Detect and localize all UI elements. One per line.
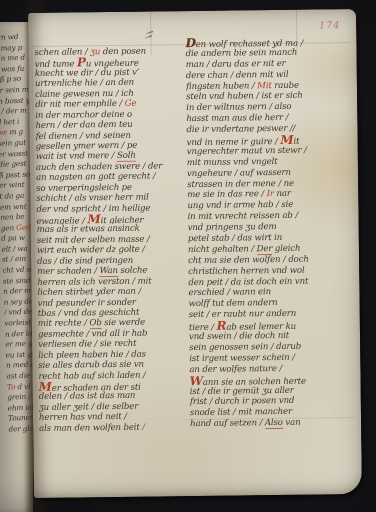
text-segment: sein gut <box>0 138 26 148</box>
manuscript-photo: ern wdg may pein me da wos fuuß p soer s… <box>0 0 376 512</box>
text-segment: claine gewesen nu / ich <box>35 88 134 99</box>
text-segment: vnd swein / die doch nit <box>189 331 289 342</box>
text-segment: vngerechter maut vn stewr / <box>187 146 307 157</box>
text-segment: wirt euch wider dz golte / <box>37 245 145 256</box>
text-segment: ung vnd ir arme hab / sie <box>187 200 293 211</box>
text-segment: ʒu <box>90 47 100 57</box>
text-segment: d pa w <box>1 233 25 243</box>
text-segment: die ir vndertane peswer // <box>186 124 295 135</box>
text-segment: den posen <box>100 47 146 58</box>
text-segment: / <box>140 422 145 432</box>
rubricated-initial: M <box>87 213 100 225</box>
text-segment: Ge <box>125 99 137 109</box>
text-segment: petel stab / das wirt in <box>188 233 282 244</box>
rubricated-initial: M <box>39 380 52 392</box>
text-segment: Mit <box>257 81 272 91</box>
text-segment: als man den wolfen beit <box>39 422 140 433</box>
text-segment: ern wd <box>0 32 18 42</box>
text-segment: mas als ir etwas ansinck <box>37 224 140 235</box>
text-segment: delen / das ist das man <box>39 391 136 402</box>
text-segment: lichen stirbet yder man / <box>37 287 141 298</box>
text-segment: in der marchor deine o <box>35 109 132 120</box>
text-segment: gen <box>1 223 17 233</box>
text-segment: mer schaden / <box>37 266 99 277</box>
text-segment: st / ein <box>2 254 26 264</box>
text-line: hand auf setzen / Also van <box>190 417 359 430</box>
rubricated-initial: W <box>189 374 202 387</box>
text-segment: an nagsten an gott gerecht / <box>36 172 156 183</box>
text-segment: sein genossen sein / darub <box>189 342 301 353</box>
text-column-left: schen allen / ʒu den posenvnd tume Pu vn… <box>34 46 190 434</box>
text-segment: er wint <box>0 180 25 190</box>
text-segment: mit munss vnd vngelt <box>187 157 278 168</box>
text-segment: wait ist vnd mere / <box>36 151 117 162</box>
text-segment: van <box>283 418 301 428</box>
text-segment: die gest <box>0 159 27 169</box>
text-segment: frist / durch ir posen vnd <box>190 396 295 407</box>
text-segment: vngeheure / auf wassern <box>187 168 291 179</box>
text-segment: hand auf setzen / <box>190 418 265 429</box>
text-segment: raube <box>272 80 299 90</box>
text-segment: cht ma sie den wolfen / doch <box>188 254 309 265</box>
text-segment: a wos fu <box>0 64 24 74</box>
text-column-right: Den wolf rechasset yd ma /die andern bie… <box>185 36 359 430</box>
text-segment: tbas / vnd das geschicht <box>38 308 140 319</box>
text-segment: hern / der dan dem teu <box>35 120 132 131</box>
text-segment: den peit / da ist doch ein vnt <box>188 276 308 287</box>
text-segment: seit / er raubt nur andern <box>189 309 296 320</box>
text-segment: dir nit mer emphile / <box>35 99 125 110</box>
text-segment: so vnerperingsleich pe <box>36 182 132 193</box>
text-segment: solche <box>118 266 148 276</box>
text-segment: fel dienen / vnd seinen <box>35 130 130 141</box>
text-segment: in mit vnrecht reissen ab / <box>187 211 298 222</box>
text-segment: Der <box>257 244 273 255</box>
text-segment: fingsten huben / <box>186 81 257 92</box>
text-segment: recht hab auf sich laden / <box>38 370 145 381</box>
text-segment: ein me d <box>0 53 25 63</box>
text-segment: snode list / mit mancher <box>190 407 292 418</box>
text-segment: Also <box>265 418 283 429</box>
text-segment: gleich <box>272 244 300 254</box>
text-segment: hasst man aus die herr / <box>186 113 288 124</box>
text-segment: t da ga <box>0 191 24 201</box>
text-segment: em wnt <box>0 201 27 211</box>
text-segment: tiere / <box>189 323 217 332</box>
text-segment: nen be <box>0 212 24 222</box>
text-segment: die andern bie sein manch <box>186 48 298 59</box>
text-segment: nicht gehalten / <box>188 244 257 255</box>
text-segment: me sie in das ree / <box>187 190 266 201</box>
text-segment: herren has vnd neit / <box>39 412 127 423</box>
text-segment: Ir <box>267 190 274 200</box>
text-segment: vnd pesunder ir sonder <box>38 297 136 308</box>
text-segment: g may p <box>0 42 22 52</box>
text-segment: das / die sind peringen <box>37 256 133 267</box>
text-segment: erschied / wann ein <box>188 288 271 299</box>
text-segment: d het i <box>0 117 19 127</box>
text-segment: steln vnd huben / ist er sich <box>186 91 303 102</box>
text-segment: ist irgent wesser schein / <box>189 353 295 364</box>
text-segment: lich pleen haben hie / das <box>38 349 146 360</box>
text-segment: uß p so <box>0 74 21 84</box>
text-line: als man den wolfen beit / <box>39 422 190 434</box>
text-segment: sie alles darub das sie vn <box>38 360 144 371</box>
text-segment: t / der m <box>0 106 27 116</box>
text-segment: gesellen ymer wern / pe <box>36 141 138 152</box>
text-segment: vnd pringens ʒu dem <box>188 222 277 233</box>
text-segment: man / daru das er nit er <box>186 59 286 70</box>
text-segment: an der wolfes nature / <box>189 364 282 375</box>
manuscript-page: 〞 174 schen allen / ʒu den posenvnd tume… <box>28 9 362 498</box>
text-segment: nar <box>274 189 291 199</box>
text-segment: m g <box>7 127 23 137</box>
text-segment: wolff tut dem andern <box>189 298 278 309</box>
text-segment: verliesen die / sie recht <box>38 339 136 350</box>
rubricated-initial: P <box>77 57 86 69</box>
text-segment: in der wiltnus nern / also <box>186 102 291 113</box>
text-segment: schen allen / <box>34 47 90 58</box>
text-segment: ʒu aller ʒeit / die selber <box>39 402 138 413</box>
folio-number: 174 <box>319 20 340 31</box>
text-segment: strassen in der mene / ne <box>187 178 294 189</box>
text-segment: dere chan / denn mit wil <box>186 70 289 81</box>
text-segment: sie werde <box>102 318 145 329</box>
text-segment: ist / die ir gemüt ʒu aller <box>190 385 294 396</box>
text-segment: urtrenliche hie / an den <box>35 78 134 89</box>
text-segment: mit rechte / <box>38 319 90 330</box>
text-segment: knecht we dir / du pist v’ <box>35 68 140 79</box>
rubricated-initial: D <box>185 36 195 49</box>
text-segment: christlichen herren vnd wol <box>188 265 304 276</box>
